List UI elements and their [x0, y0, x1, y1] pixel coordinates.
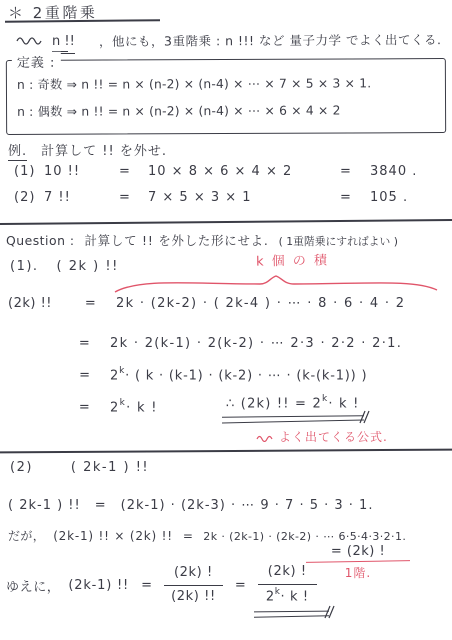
squiggle-icon: [256, 434, 274, 442]
end-tick-icon: [323, 605, 335, 619]
question-note: ( 1重階乗にすればよい ): [279, 234, 398, 249]
example-prompt: 計算して !! を外せ.: [41, 140, 167, 159]
definition-odd: n : 奇数 ⇒ n !! = n × (n-2) × (n-4) × ⋯ × …: [17, 70, 445, 99]
separator-line: [0, 219, 452, 225]
fraction-1: (2k) ! (2k) !!: [164, 565, 223, 606]
item-number: (1): [14, 164, 44, 179]
item-result: 3840 .: [370, 164, 417, 179]
fraction-2-wrapper: (2k) ! 2k· k !: [258, 564, 317, 606]
equals-sign: =: [68, 296, 114, 311]
step-lhs: ( 2k-1 ) !!: [8, 498, 81, 513]
equals-sign: =: [102, 190, 148, 205]
end-tick-icon: [358, 410, 370, 424]
step-rhs: 2k · 2(k-1) · 2(k-2) · ⋯ 2·3 · 2·2 · 2·1…: [110, 336, 402, 351]
part1-conclusion: ∴ (2k) !! = 2k· k !: [222, 395, 364, 424]
double-underline: [254, 611, 329, 619]
example-item-1: (1) 10 !! = 10 × 8 × 6 × 4 × 2 = 3840 .: [14, 164, 417, 179]
example-label: 例.: [8, 140, 27, 161]
exponent: k: [275, 587, 281, 597]
exponent: k: [119, 366, 125, 376]
exponent: k: [120, 398, 127, 408]
red-underline: [306, 560, 410, 563]
item-result: 105 .: [370, 190, 408, 205]
equals-sign: =: [62, 336, 108, 351]
red-note-text: よく出てくる公式.: [279, 428, 388, 445]
item-expansion: 7 × 5 × 3 × 1: [148, 190, 340, 205]
part1-number: (1).: [10, 259, 39, 274]
separator-line: [0, 449, 452, 453]
item-number: (2): [14, 190, 44, 205]
equals-sign: =: [340, 164, 370, 179]
definition-label: 定義 :: [12, 52, 61, 71]
exponent: k: [322, 394, 328, 404]
equals-sign: =: [62, 400, 108, 415]
equals-sign: =: [183, 529, 193, 543]
question-line: Question : 計算して !! を外した形にせよ. ( 1重階乗にすればよ…: [6, 231, 398, 249]
definition-even: n : 偶数 ⇒ n !! = n × (n-2) × (n-4) × ⋯ × …: [17, 97, 445, 126]
equals-sign: =: [340, 190, 370, 205]
equals-sign: =: [141, 578, 152, 593]
part2-expression: ( 2k-1 ) !!: [71, 460, 149, 475]
fraction-2: (2k) ! 2k· k !: [258, 564, 317, 606]
definition-box: 定義 : n : 奇数 ⇒ n !! = n × (n-2) × (n-4) ×…: [6, 58, 446, 135]
question-label: Question :: [6, 233, 75, 248]
question-prompt: 計算して !! を外した形にせよ.: [85, 231, 269, 249]
step-rhs: (2k-1) · (2k-3) · ⋯ 9 · 7 · 5 · 3 · 1.: [121, 498, 374, 513]
fraction-denominator: 2k· k !: [260, 585, 315, 606]
horizontal-brace-icon: [112, 274, 440, 294]
item-lhs: 7 !!: [44, 190, 102, 205]
connective-text: ゆえに，: [6, 576, 60, 595]
step-rhs: 2k· k !: [110, 399, 158, 415]
step-rhs: 2k · (2k-1) · (2k-2) · ⋯ 6·5·4·3·2·1.: [203, 530, 406, 543]
part1-step3: = 2k· ( k · (k-1) · (k-2) · ⋯ · (k-(k-1)…: [62, 367, 367, 383]
red-note: よく出てくる公式.: [256, 428, 388, 445]
item-lhs: 10 !!: [44, 164, 102, 179]
intro-text: ，他にも，3重階乗 : n !!! など 量子力学 でよく出てくる.: [99, 30, 442, 50]
part2-line2: だが， (2k-1) !! × (2k) !! = 2k · (2k-1) · …: [8, 527, 406, 544]
fraction-numerator: (2k) !: [258, 564, 317, 585]
step-rhs: 2k · (2k-2) · ( 2k-4 ) · ⋯ · 8 · 6 · 4 ·…: [116, 296, 405, 311]
step-lhs: (2k-1) !! × (2k) !!: [53, 529, 173, 543]
equals-sign: =: [102, 164, 148, 179]
fraction-numerator: (2k) !: [164, 565, 223, 586]
equals-sign: =: [95, 498, 107, 513]
conclusion-formula: ∴ (2k) !! = 2k· k !: [222, 395, 364, 416]
item-expansion: 10 × 8 × 6 × 4 × 2: [148, 164, 340, 179]
part2-header: (2) ( 2k-1 ) !!: [10, 460, 149, 475]
fraction-denominator: (2k) !!: [165, 586, 222, 606]
double-underline: [222, 416, 364, 424]
step-rhs: 2k· ( k · (k-1) · (k-2) · ⋯ · (k-(k-1)) …: [110, 367, 367, 383]
intro-line: n !! ，他にも，3重階乗 : n !!! など 量子力学 でよく出てくる.: [16, 28, 441, 54]
part2-number: (2): [10, 460, 33, 475]
equals-sign: =: [235, 578, 246, 593]
example-header: 例. 計算して !! を外せ.: [8, 140, 167, 161]
part1-step1: (2k) !! = 2k · (2k-2) · ( 2k-4 ) · ⋯ · 8…: [8, 296, 405, 311]
example-item-2: (2) 7 !! = 7 × 5 × 3 × 1 = 105 .: [14, 190, 408, 205]
part2-line3: ゆえに， (2k-1) !! = (2k) ! (2k) !! = (2k) !…: [6, 564, 317, 606]
part1-expression: ( 2k ) !!: [57, 259, 119, 274]
notebook-page: ＊ 2重階乗 n !! ，他にも，3重階乗 : n !!! など 量子力学 でよ…: [0, 0, 452, 640]
equals-sign: =: [62, 368, 108, 383]
step-lhs: (2k) !!: [8, 296, 68, 311]
brace-annotation: k 個 の 積: [256, 249, 329, 269]
red-sub-text: 1階.: [306, 564, 410, 581]
part1-step4: = 2k· k !: [62, 399, 158, 415]
squiggle-icon: [16, 35, 42, 45]
red-equals-annotation: = (2k) ! 1階.: [306, 544, 410, 581]
connective-text: だが，: [8, 527, 45, 544]
part2-line1: ( 2k-1 ) !! = (2k-1) · (2k-3) · ⋯ 9 · 7 …: [8, 498, 373, 513]
step-lhs: (2k-1) !!: [68, 578, 129, 593]
part1-step2: = 2k · 2(k-1) · 2(k-2) · ⋯ 2·3 · 2·2 · 2…: [62, 336, 402, 351]
part1-header: (1). ( 2k ) !!: [10, 259, 119, 274]
red-eq-text: = (2k) !: [306, 544, 410, 559]
